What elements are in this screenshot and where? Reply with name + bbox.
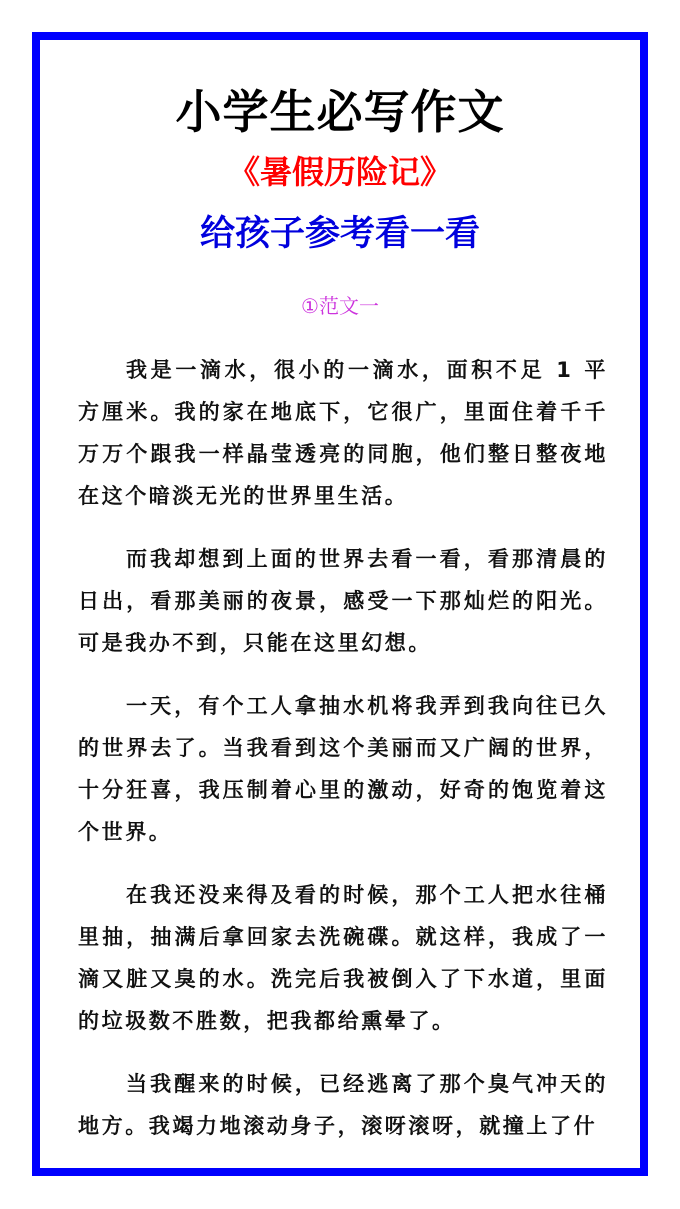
essay-body: 我是一滴水，很小的一滴水，面积不足 1 平方厘米。我的家在地底下，它很广，里面住… [78, 349, 608, 1168]
paragraph: 我是一滴水，很小的一滴水，面积不足 1 平方厘米。我的家在地底下，它很广，里面住… [78, 349, 608, 517]
section-label: ①范文一 [40, 292, 640, 320]
paragraph: 当我醒来的时候，已经逃离了那个臭气冲天的地方。我竭力地滚动身子，滚呀滚呀，就撞上… [78, 1063, 608, 1147]
document-frame: 小学生必写作文 《暑假历险记》 给孩子参考看一看 ①范文一 我是一滴水，很小的一… [32, 32, 648, 1176]
paragraph: 而我却想到上面的世界去看一看，看那清晨的日出，看那美丽的夜景，感受一下那灿烂的阳… [78, 538, 608, 664]
paragraph: 在我还没来得及看的时候，那个工人把水往桶里抽，抽满后拿回家去洗碗碟。就这样，我成… [78, 874, 608, 1042]
page-title: 小学生必写作文 [40, 84, 640, 140]
subtitle: 给孩子参考看一看 [40, 212, 640, 256]
essay-title: 《暑假历险记》 [40, 152, 640, 192]
paragraph: 一天，有个工人拿抽水机将我弄到我向往已久的世界去了。当我看到这个美丽而又广阔的世… [78, 685, 608, 853]
